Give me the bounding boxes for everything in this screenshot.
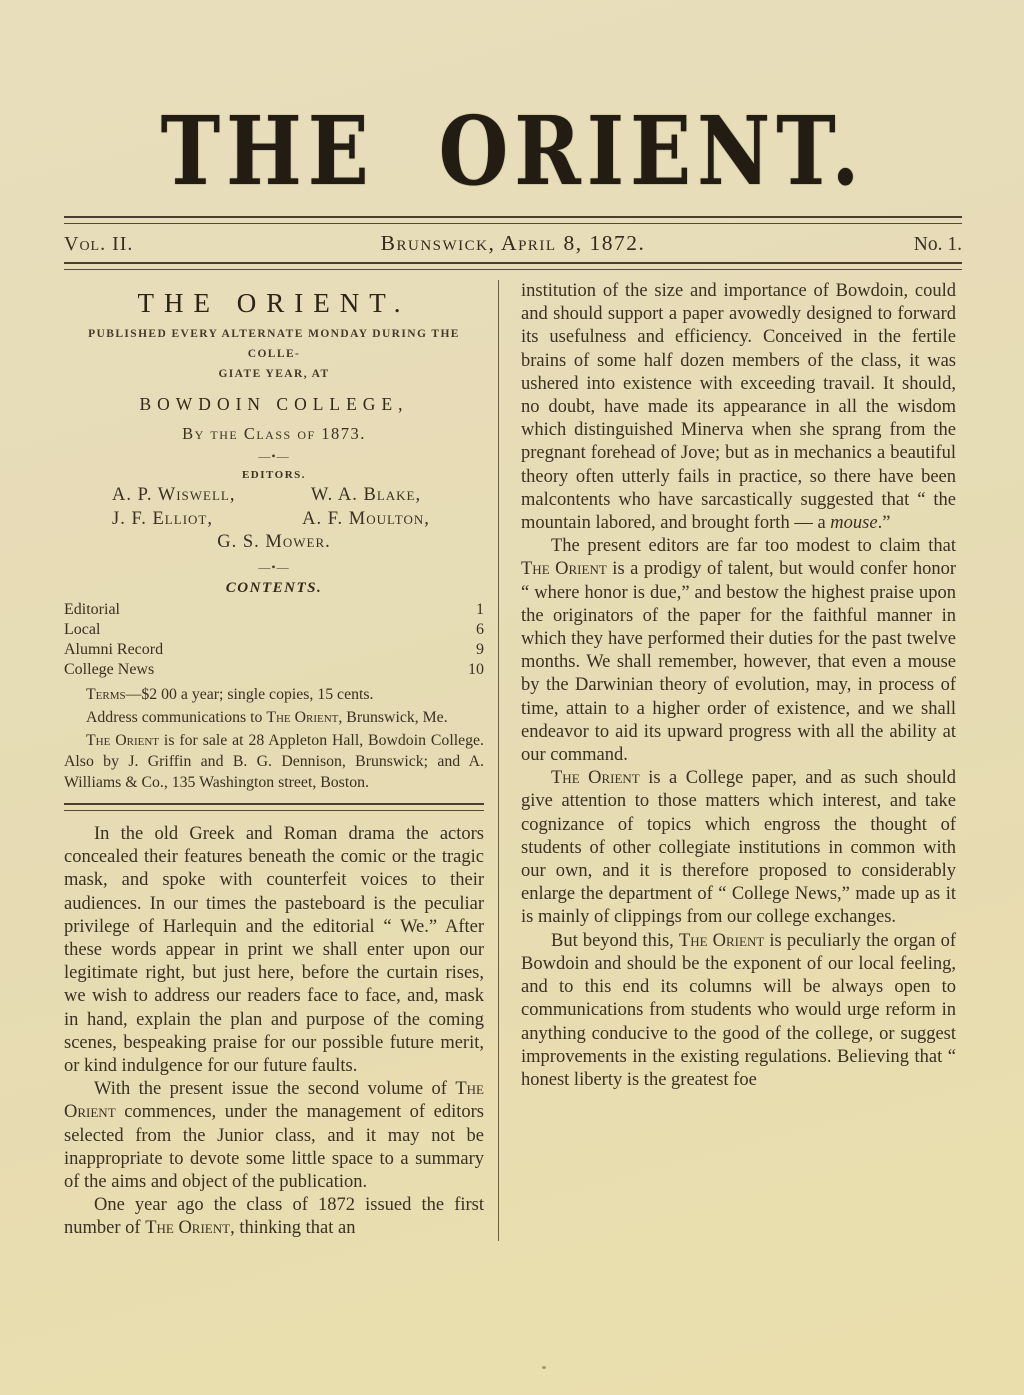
contents-page-number: 10 xyxy=(462,660,484,680)
contents-row: College News 10 xyxy=(64,660,484,680)
contents-page-number: 6 xyxy=(462,620,484,640)
contents-label: College News xyxy=(64,660,154,680)
sale-notice: The Orient is for sale at 28 Appleton Ha… xyxy=(64,730,484,793)
ornament-divider: —•— xyxy=(64,560,484,575)
ornament-divider: —•— xyxy=(64,449,484,464)
left-column: THE ORIENT. PUBLISHED EVERY ALTERNATE MO… xyxy=(64,280,484,1241)
article-paragraph: institution of the size and importance o… xyxy=(521,280,956,535)
contents-label: Editorial xyxy=(64,600,120,620)
published-line-2: GIATE YEAR, AT xyxy=(64,364,484,384)
two-column-body: THE ORIENT. PUBLISHED EVERY ALTERNATE MO… xyxy=(64,280,962,1241)
paper-speck xyxy=(542,1366,546,1369)
dotted-leader xyxy=(169,651,460,656)
section-rule xyxy=(64,803,484,811)
editor-name: G. S. Mower. xyxy=(64,531,484,554)
contents-row: Local 6 xyxy=(64,620,484,640)
address-notice: Address communications to The Orient, Br… xyxy=(64,707,484,728)
contents-row: Editorial 1 xyxy=(64,600,484,620)
article-paragraph: But beyond this, The Orient is peculiarl… xyxy=(521,930,956,1092)
editors-label: EDITORS. xyxy=(64,469,484,481)
article-paragraph: With the present issue the second volume… xyxy=(64,1078,484,1194)
contents-list: Editorial 1 Local 6 Alumni Record 9 xyxy=(64,600,484,680)
editor-name: W. A. Blake, xyxy=(274,484,458,507)
contents-label: Alumni Record xyxy=(64,640,163,660)
dotted-leader xyxy=(126,611,460,616)
dateline: Vol. II. Brunswick, April 8, 1872. No. 1… xyxy=(64,231,962,256)
class-line: By the Class of 1873. xyxy=(64,424,484,443)
editorial-article-left: In the old Greek and Roman drama the act… xyxy=(64,823,484,1241)
contents-row: Alumni Record 9 xyxy=(64,640,484,660)
contents-page-number: 9 xyxy=(462,640,484,660)
article-paragraph: The present editors are far too modest t… xyxy=(521,535,956,767)
editor-name: J. F. Elliot, xyxy=(90,508,274,531)
article-paragraph: In the old Greek and Roman drama the act… xyxy=(64,823,484,1078)
editor-name: A. F. Moulton, xyxy=(274,508,458,531)
volume-label: Vol. II. xyxy=(64,233,214,256)
contents-heading: CONTENTS. xyxy=(64,580,484,597)
published-line-1: PUBLISHED EVERY ALTERNATE MONDAY DURING … xyxy=(64,324,484,364)
editors-list: A. P. Wiswell, W. A. Blake, J. F. Elliot… xyxy=(64,484,484,531)
place-date: Brunswick, April 8, 1872. xyxy=(214,231,812,256)
masthead-title: THE ORIENT. xyxy=(64,104,962,227)
right-column: institution of the size and importance o… xyxy=(498,280,962,1241)
college-name: BOWDOIN COLLEGE, xyxy=(64,394,484,415)
contents-page-number: 1 xyxy=(462,600,484,620)
article-paragraph: One year ago the class of 1872 issued th… xyxy=(64,1194,484,1240)
notices-block: Terms—$2 00 a year; single copies, 15 ce… xyxy=(64,684,484,793)
page-content: THE ORIENT. Vol. II. Brunswick, April 8,… xyxy=(64,0,962,1241)
editor-name: A. P. Wiswell, xyxy=(90,484,274,507)
contents-label: Local xyxy=(64,620,100,640)
newspaper-page: THE ORIENT. Vol. II. Brunswick, April 8,… xyxy=(0,0,1024,1395)
publication-info: PUBLISHED EVERY ALTERNATE MONDAY DURING … xyxy=(64,324,484,384)
terms-notice: Terms—$2 00 a year; single copies, 15 ce… xyxy=(64,684,484,705)
paper-title: THE ORIENT. xyxy=(64,288,484,318)
issue-number: No. 1. xyxy=(812,234,962,256)
dateline-rule xyxy=(64,262,962,270)
article-paragraph: The Orient is a College paper, and as su… xyxy=(521,767,956,929)
dotted-leader xyxy=(106,631,460,636)
dotted-leader xyxy=(160,671,460,676)
